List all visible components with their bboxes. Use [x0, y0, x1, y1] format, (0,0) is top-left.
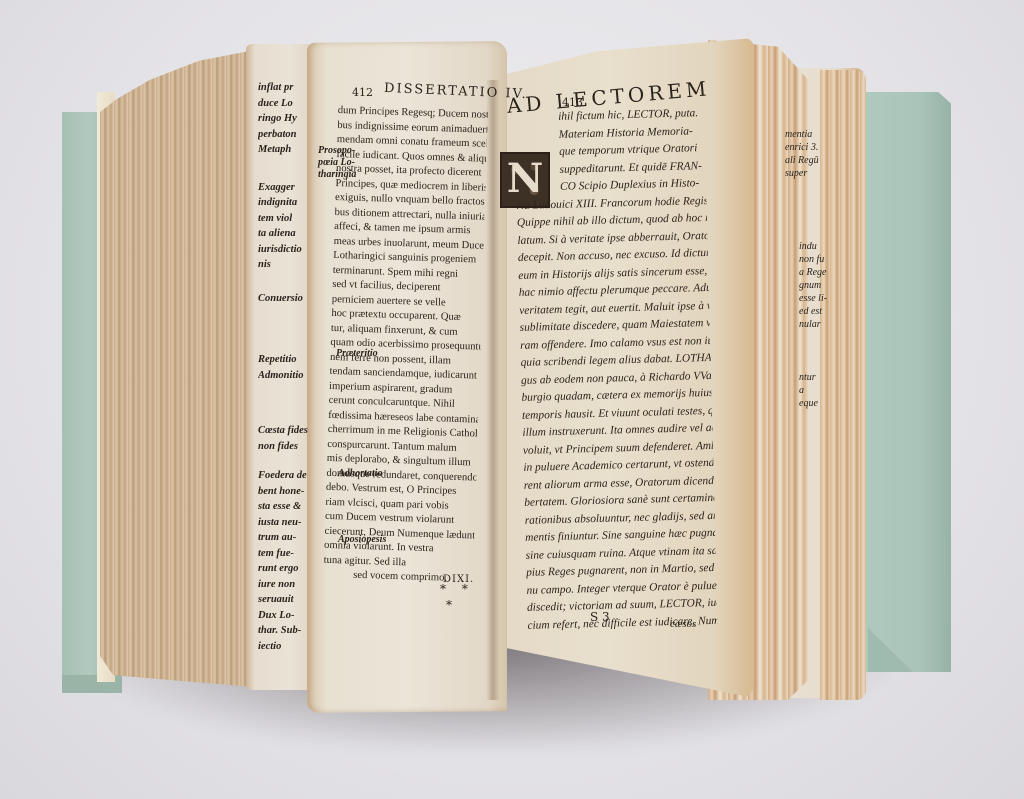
marginal-note: iusta neu-	[258, 515, 318, 531]
ornament-star-lower: *	[446, 598, 458, 612]
marginal-note: perbaton	[258, 127, 318, 143]
marginal-note: Cœsta fides	[258, 423, 318, 439]
marginal-note: non fides	[258, 439, 318, 455]
marginal-note: indu	[785, 240, 835, 253]
marginal-note: iure non	[258, 577, 318, 593]
far-right-marginalia: mentia enrici 3. ali Regū super indu non…	[785, 128, 835, 410]
page-block-left	[100, 48, 265, 688]
marginal-note: mentia	[785, 128, 835, 141]
marginal-note-prosopopoeia: Prosopo- pœia Lo- tharingia	[318, 145, 356, 181]
marginal-note: Conuersio	[258, 291, 318, 307]
marginal-note: non fu	[785, 253, 835, 266]
marginal-note: ali Regū	[785, 154, 835, 167]
marginal-note: Foedera de	[258, 468, 318, 484]
marginal-note: ringo Hy	[258, 111, 318, 127]
marginal-note: enrici 3.	[785, 141, 835, 154]
marginal-note: Exagger	[258, 180, 318, 196]
photo-scene: inflat pr duce Lo ringo Hy perbaton Meta…	[0, 0, 1024, 799]
marginal-note-praeteritio: Præteritio	[336, 348, 378, 360]
marginal-note: esse li-	[785, 292, 835, 305]
marginal-note: Metaph	[258, 142, 318, 158]
marginal-note: ta aliena	[258, 226, 318, 242]
marginal-note: nular	[785, 318, 835, 331]
marginal-note: Admonitio	[258, 368, 318, 384]
marginal-note: duce Lo	[258, 96, 318, 112]
marginal-note-aposiopesis: Aposiopesis	[338, 534, 386, 546]
marginal-note: a	[785, 384, 835, 397]
marginal-note: tem viol	[258, 211, 318, 227]
folio-left: 412	[352, 86, 373, 99]
far-left-marginalia: inflat pr duce Lo ringo Hy perbaton Meta…	[258, 80, 318, 654]
marginal-note: runt ergo	[258, 561, 318, 577]
ornament-stars: * *	[440, 582, 474, 596]
marginal-note: nis	[258, 257, 318, 273]
marginal-note: super	[785, 167, 835, 180]
marginal-note: thar. Sub-	[258, 623, 318, 639]
marginal-note: Repetitio	[258, 352, 318, 368]
marginal-note: iectio	[258, 639, 318, 655]
marginal-note: bent hone-	[258, 484, 318, 500]
catchword: cæsos	[670, 618, 696, 630]
marginal-note: trum au-	[258, 530, 318, 546]
marginal-note: tem fue-	[258, 546, 318, 562]
marginal-note: Dux Lo-	[258, 608, 318, 624]
marginal-note: a Rege	[785, 266, 835, 279]
book-gutter	[486, 80, 500, 700]
marginal-note: inflat pr	[258, 80, 318, 96]
signature-mark: S 3	[590, 610, 610, 624]
marginal-note: ntur	[785, 371, 835, 384]
marginal-note: iurisdictio	[258, 242, 318, 258]
marginal-note-adhortatio: Adhortatio	[338, 468, 382, 480]
marginal-note: eque	[785, 397, 835, 410]
marginal-note: indignita	[258, 195, 318, 211]
marginal-note: sta esse &	[258, 499, 318, 515]
marginal-note: seruauit	[258, 592, 318, 608]
right-page-text: ihil fictum hic, LECTOR, puta. Materiam …	[514, 105, 718, 635]
marginal-note: gnum	[785, 279, 835, 292]
marginal-note: ed est	[785, 305, 835, 318]
